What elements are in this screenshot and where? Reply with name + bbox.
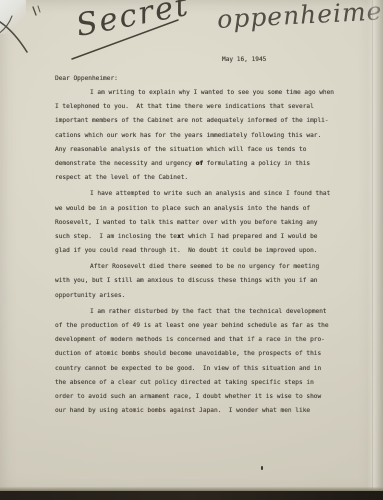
typed-line: with you, but I still am anxious to disc… (55, 274, 345, 288)
letter-body: I am writing to explain why I wanted to … (55, 86, 345, 418)
paper-corner-highlight (0, 0, 26, 34)
photo-background-edge (0, 491, 383, 500)
document-photo: Secret oppenheimer May 16, 1945 Dear Opp… (0, 0, 383, 500)
typed-line: cations which our work has for the years… (55, 129, 345, 143)
typed-line: development of modern methods is concern… (55, 333, 345, 347)
handwritten-oppenheimer-label: oppenheimer (216, 0, 383, 34)
paragraph: After Roosevelt died there seemed to be … (55, 260, 345, 303)
typed-line: duction of atomic bombs should become un… (55, 347, 345, 361)
typed-line: country cannot be expected to be good. I… (55, 362, 345, 376)
typed-line: glad if you could read through it. No do… (55, 244, 345, 258)
typed-line: I am rather disturbed by the fact that t… (55, 305, 345, 319)
typed-line: Roosevelt, I wanted to talk this matter … (55, 216, 345, 230)
paragraph: I have attempted to write such an analys… (55, 187, 345, 258)
typed-line: I telephoned to you. At that time there … (55, 100, 345, 114)
salutation: Dear Oppenheimer: (55, 75, 118, 82)
typed-line: order to avoid such an armament race, I … (55, 390, 345, 404)
typed-line: important members of the Cabinet are not… (55, 114, 345, 128)
typed-line: demonstrate the necessity and urgency of… (55, 157, 345, 171)
typed-line: respect at the level of the Cabinet. (55, 171, 345, 185)
typed-line: such step. I am inclosing the text which… (55, 230, 345, 244)
typed-line: of the production of 49 is at least one … (55, 319, 345, 333)
paragraph: I am writing to explain why I wanted to … (55, 86, 345, 185)
typed-line: opportunity arises. (55, 289, 345, 303)
paper-edge-crease (372, 0, 373, 500)
typed-line: our hand by using atomic bombs against J… (55, 404, 345, 418)
letter-page: Secret oppenheimer May 16, 1945 Dear Opp… (0, 0, 383, 500)
typed-line: Any reasonable analysis of the situation… (55, 143, 345, 157)
typed-line: the absence of a clear cut policy direct… (55, 376, 345, 390)
typed-line: I have attempted to write such an analys… (55, 187, 345, 201)
typed-line: we would be in a position to place such … (55, 202, 345, 216)
stray-ink-mark (261, 466, 263, 470)
handwritten-secret-label: Secret (73, 0, 192, 44)
paper-right-edge-shade (367, 0, 383, 500)
paragraph: I am rather disturbed by the fact that t… (55, 305, 345, 419)
typed-line: I am writing to explain why I wanted to … (55, 86, 345, 100)
letter-date: May 16, 1945 (222, 56, 266, 63)
typed-line: After Roosevelt died there seemed to be … (55, 260, 345, 274)
